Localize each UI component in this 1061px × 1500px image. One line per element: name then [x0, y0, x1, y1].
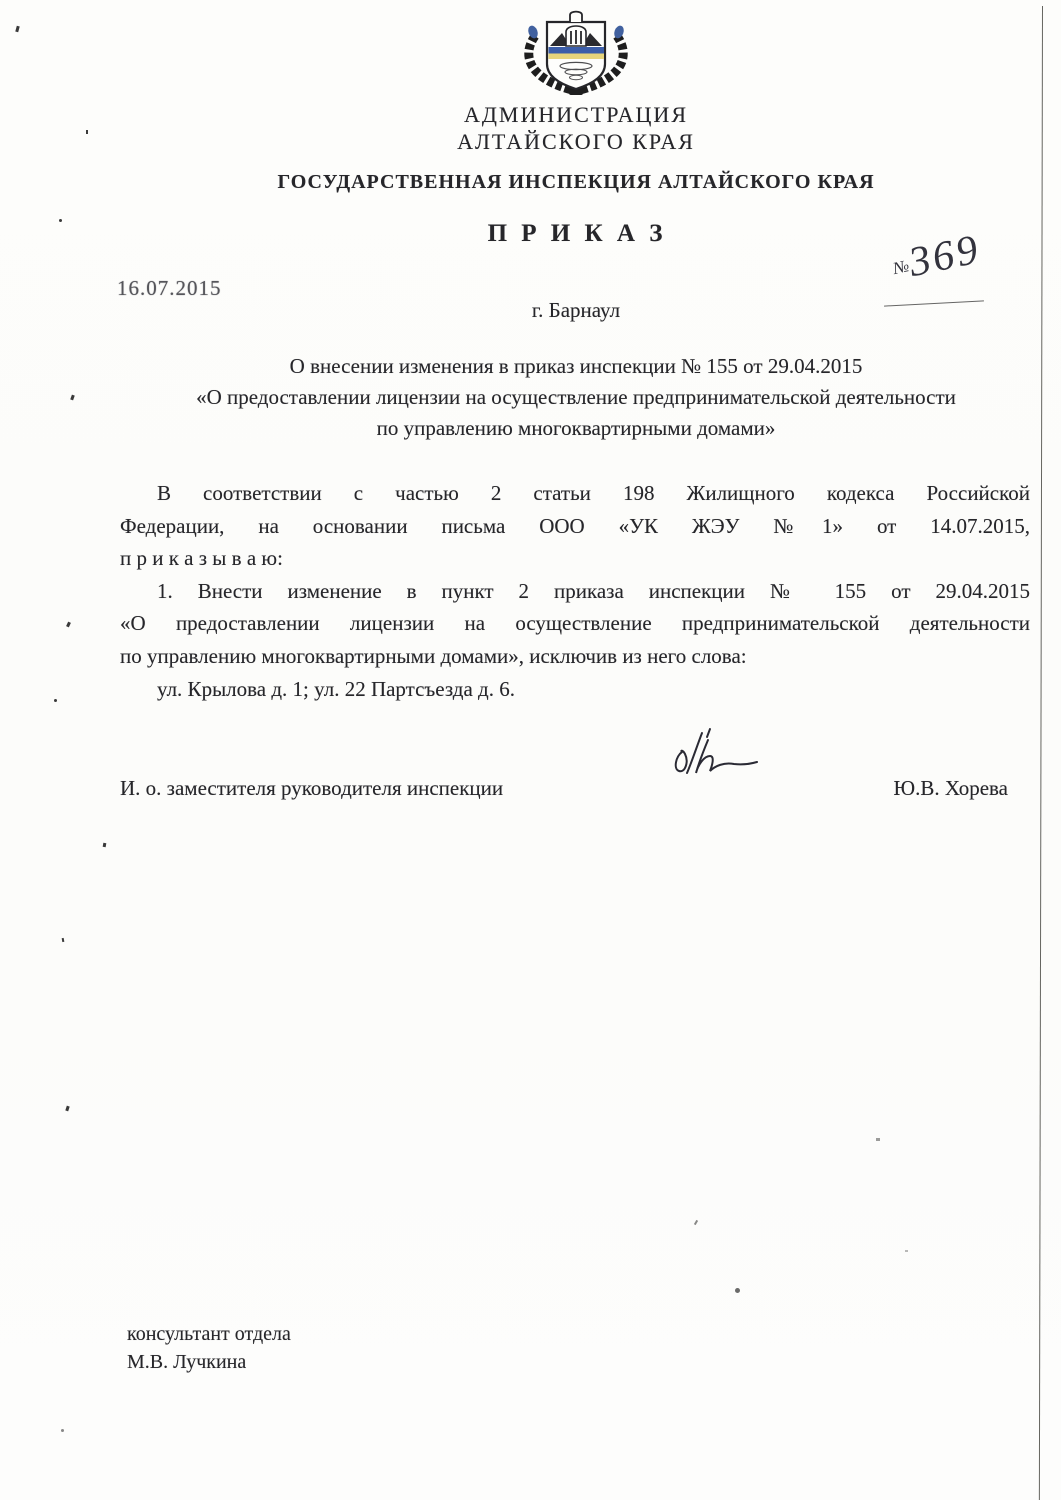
body-line: 1. Внести изменение в пункт 2 приказа ин… [120, 575, 1030, 608]
body-line: п р и к а з ы в а ю: [120, 542, 1030, 575]
scan-speck [65, 1106, 69, 1112]
body-line: ул. Крылова д. 1; ул. 22 Партсъезда д. 6… [120, 673, 1030, 706]
scan-speck [876, 1138, 880, 1141]
title-line: О внесении изменения в приказ инспекции … [120, 351, 1032, 382]
scan-speck [86, 130, 88, 134]
administration-name-line1: АДМИНИСТРАЦИЯ [120, 101, 1032, 128]
title-line: по управлению многоквартирными домами» [120, 413, 1032, 444]
scan-speck [62, 938, 65, 942]
scan-speck [54, 699, 57, 702]
scan-speck [66, 622, 71, 628]
scan-speck [70, 395, 75, 401]
scan-speck [694, 1220, 698, 1225]
body-line: по управлению многоквартирными домами», … [120, 640, 1030, 673]
scan-speck [15, 26, 19, 33]
executor-name: М.В. Лучкина [127, 1348, 291, 1376]
scan-speck [59, 219, 62, 222]
scanned-order-page: АДМИНИСТРАЦИЯ АЛТАЙСКОГО КРАЯ ГОСУДАРСТВ… [0, 0, 1061, 1500]
inspection-name: ГОСУДАРСТВЕННАЯ ИНСПЕКЦИЯ АЛТАЙСКОГО КРА… [120, 171, 1032, 194]
signer-name: Ю.В. Хорева [894, 776, 1008, 801]
executor-block: консультант отдела М.В. Лучкина [127, 1320, 291, 1376]
signer-position: И. о. заместителя руководителя инспекции [120, 776, 503, 801]
body-line: «О предоставлении лицензии на осуществле… [120, 607, 1030, 640]
page-edge-line [1039, 6, 1043, 1500]
scan-speck [61, 1429, 64, 1432]
scan-speck [905, 1250, 908, 1252]
scan-speck [103, 843, 107, 847]
scan-speck [735, 1288, 740, 1293]
executor-position: консультант отдела [127, 1320, 291, 1348]
altai-krai-coat-of-arms-icon [514, 6, 638, 98]
signature-row: И. о. заместителя руководителя инспекции… [120, 776, 1008, 801]
administration-name-line2: АЛТАЙСКОГО КРАЯ [120, 128, 1032, 155]
document-city: г. Барнаул [120, 298, 1032, 323]
body-line: В соответствии с частью 2 статьи 198 Жил… [120, 477, 1030, 510]
document-header: АДМИНИСТРАЦИЯ АЛТАЙСКОГО КРАЯ ГОСУДАРСТВ… [120, 6, 1032, 248]
body-line: Федерации, на основании письма ООО «УК Ж… [120, 510, 1030, 543]
document-title: О внесении изменения в приказ инспекции … [120, 351, 1032, 444]
title-line: «О предоставлении лицензии на осуществле… [120, 382, 1032, 413]
document-body: В соответствии с частью 2 статьи 198 Жил… [120, 477, 1030, 705]
